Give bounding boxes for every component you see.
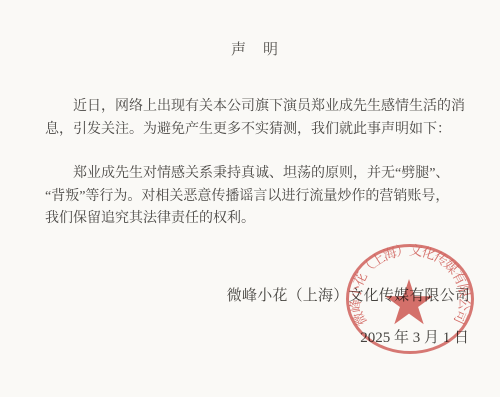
paragraph-1: 近日，网络上出现有关本公司旗下演员郑业成先生感情生活的消 息，引发关注。为避免产… — [45, 96, 475, 141]
paragraph-2-line-2: “背叛”等行为。对相关恶意传播谣言以进行流量炒作的营销账号， — [45, 186, 475, 209]
paragraph-2-line-3: 我们保留追究其法律责任的权利。 — [45, 208, 475, 231]
statement-document: 声 明 近日，网络上出现有关本公司旗下演员郑业成先生感情生活的消 息，引发关注。… — [0, 0, 500, 397]
paragraph-2: 郑业成先生对情感关系秉持真诚、坦荡的原则，并无“劈腿”、 “背叛”等行为。对相关… — [45, 163, 475, 231]
paragraph-1-line-1: 近日，网络上出现有关本公司旗下演员郑业成先生感情生活的消 — [45, 96, 475, 119]
document-title: 声 明 — [45, 38, 465, 59]
seal-star-icon — [385, 279, 433, 324]
paragraph-1-line-2: 息，引发关注。为避免产生更多不实猜测，我们就此事声明如下： — [45, 119, 475, 142]
company-seal: 微峰小花（上海）文化传媒有限公司 — [345, 243, 475, 355]
paragraph-2-line-1: 郑业成先生对情感关系秉持真诚、坦荡的原则，并无“劈腿”、 — [45, 163, 475, 186]
